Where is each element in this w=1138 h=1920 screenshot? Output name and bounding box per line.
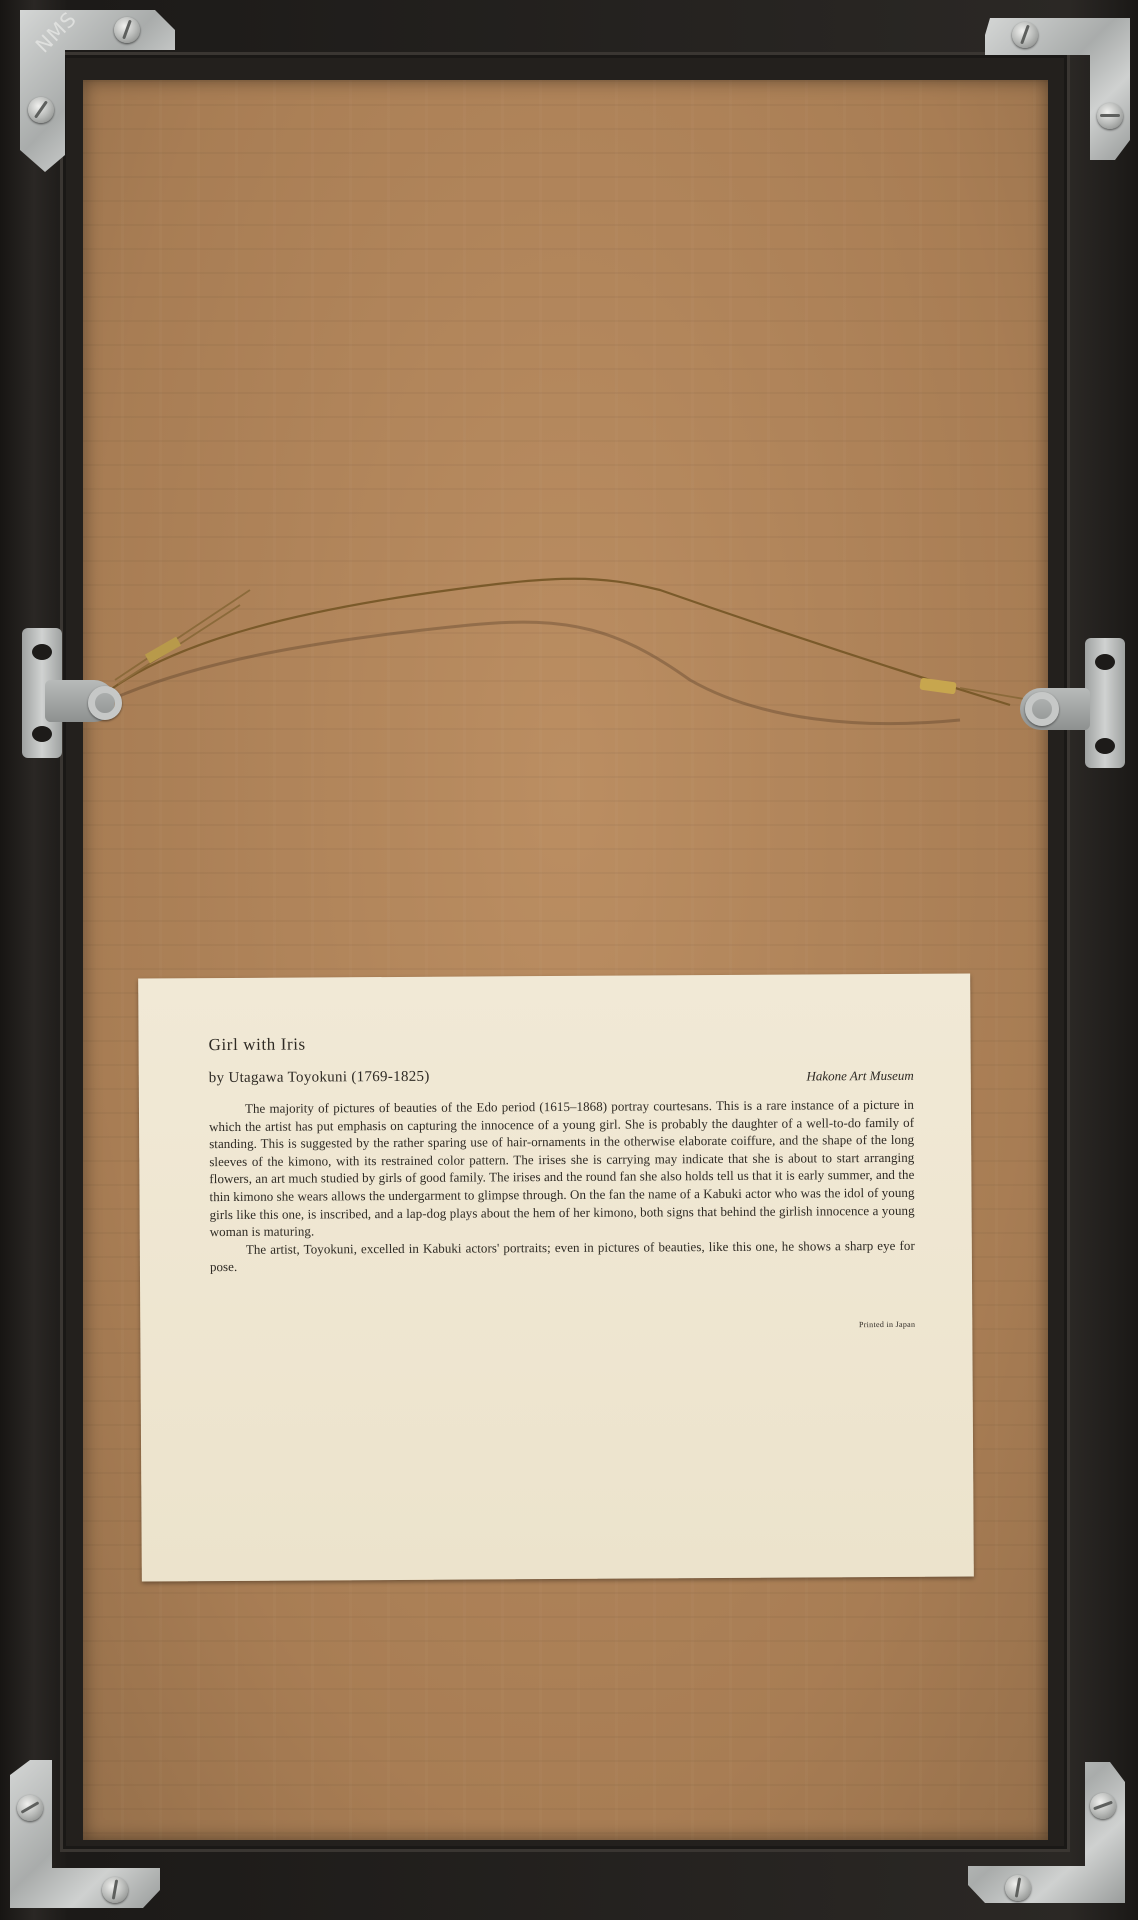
screw-icon [102, 1877, 128, 1903]
description-paragraph: The majority of pictures of beauties of … [209, 1096, 915, 1241]
museum-name: Hakone Art Museum [806, 1068, 913, 1085]
museum-label: Girl with Iris by Utagawa Toyokuni (1769… [138, 973, 974, 1581]
screw-icon [1012, 22, 1038, 48]
printed-note: Printed in Japan [859, 1320, 915, 1329]
artwork-title: Girl with Iris [209, 1035, 306, 1056]
screw-icon [1005, 1875, 1031, 1901]
artist-line: by Utagawa Toyokuni (1769-1825) [209, 1069, 430, 1087]
description-paragraph: The artist, Toyokuni, excelled in Kabuki… [210, 1237, 915, 1276]
left-d-ring [88, 686, 122, 720]
right-d-ring [1025, 692, 1059, 726]
screw-icon [28, 97, 54, 123]
screw-icon [17, 1795, 43, 1821]
screw-icon [114, 17, 140, 43]
right-hanger-plate [1085, 638, 1125, 768]
label-description: The majority of pictures of beauties of … [209, 1096, 915, 1276]
screw-icon [1097, 103, 1123, 129]
screw-icon [1090, 1793, 1116, 1819]
